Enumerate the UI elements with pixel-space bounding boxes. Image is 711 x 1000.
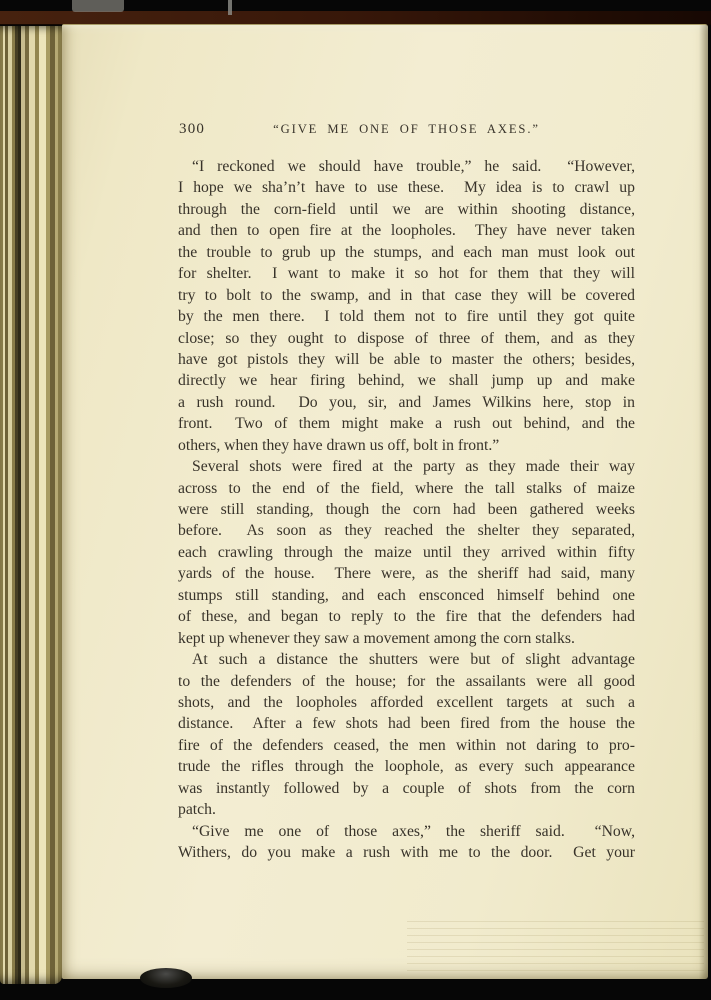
running-title: “GIVE ME ONE OF THOSE AXES.” [178, 119, 635, 137]
body-text: “I reckoned we should have trouble,” he … [178, 156, 635, 863]
page-right-edge-shadow [699, 25, 708, 979]
scan-artifact-bottom-notch [140, 968, 192, 988]
printed-text-block: 300 “GIVE ME ONE OF THOSE AXES.” “I reck… [178, 119, 635, 863]
page-number: 300 [179, 121, 205, 138]
text-line: of these, and began to reply to the fire… [178, 606, 635, 627]
text-line: Withers, do you make a rush with me to t… [178, 842, 635, 863]
text-line: have got pistols they will be able to ma… [178, 349, 635, 370]
text-line: was instantly followed by a couple of sh… [178, 778, 635, 799]
book-cover-top-edge [0, 11, 711, 25]
text-line: try to bolt to the swamp, and in that ca… [178, 285, 635, 306]
text-line: I hope we sha’n’t have to use these. My … [178, 177, 635, 198]
text-line: for shelter. I want to make it so hot fo… [178, 263, 635, 284]
text-line: yards of the house. There were, as the s… [178, 563, 635, 584]
text-line: by the men there. I told them not to fir… [178, 306, 635, 327]
text-line: a rush round. Do you, sir, and James Wil… [178, 392, 635, 413]
text-line: patch. [178, 799, 635, 820]
text-line: to the defenders of the house; for the a… [178, 671, 635, 692]
text-line: shots, and the loopholes afforded excell… [178, 692, 635, 713]
text-line: At such a distance the shutters were but… [178, 649, 635, 670]
text-line: across to the end of the field, where th… [178, 478, 635, 499]
text-line: were still standing, though the corn had… [178, 499, 635, 520]
text-line: “I reckoned we should have trouble,” he … [178, 156, 635, 177]
scanned-book-photo: 300 “GIVE ME ONE OF THOSE AXES.” “I reck… [0, 0, 711, 1000]
book-fore-edge-page-stack [0, 26, 62, 984]
text-line: fire of the defenders ceased, the men wi… [178, 735, 635, 756]
scan-artifact-gray-patch [72, 0, 124, 12]
running-header: 300 “GIVE ME ONE OF THOSE AXES.” [178, 119, 635, 139]
text-line: trude the rifles through the loophole, a… [178, 756, 635, 777]
text-line: others, when they have drawn us off, bol… [178, 435, 635, 456]
text-line: each crawling through the maize until th… [178, 542, 635, 563]
text-line: through the corn-field until we are with… [178, 199, 635, 220]
bottom-sheet-edge-lines [407, 921, 704, 977]
text-line: and then to open fire at the loopholes. … [178, 220, 635, 241]
text-line: close; so they ought to dispose of three… [178, 328, 635, 349]
scan-artifact-gray-tick [228, 0, 232, 15]
text-line: before. As soon as they reached the shel… [178, 520, 635, 541]
text-line: stumps still standing, and each ensconce… [178, 585, 635, 606]
text-line: kept up whenever they saw a movement amo… [178, 628, 635, 649]
text-line: the trouble to grub up the stumps, and e… [178, 242, 635, 263]
text-line: distance. After a few shots had been fir… [178, 713, 635, 734]
text-line: directly we hear firing behind, we shall… [178, 370, 635, 391]
text-line: Several shots were fired at the party as… [178, 456, 635, 477]
text-line: “Give me one of those axes,” the sheriff… [178, 821, 635, 842]
text-line: front. Two of them might make a rush out… [178, 413, 635, 434]
